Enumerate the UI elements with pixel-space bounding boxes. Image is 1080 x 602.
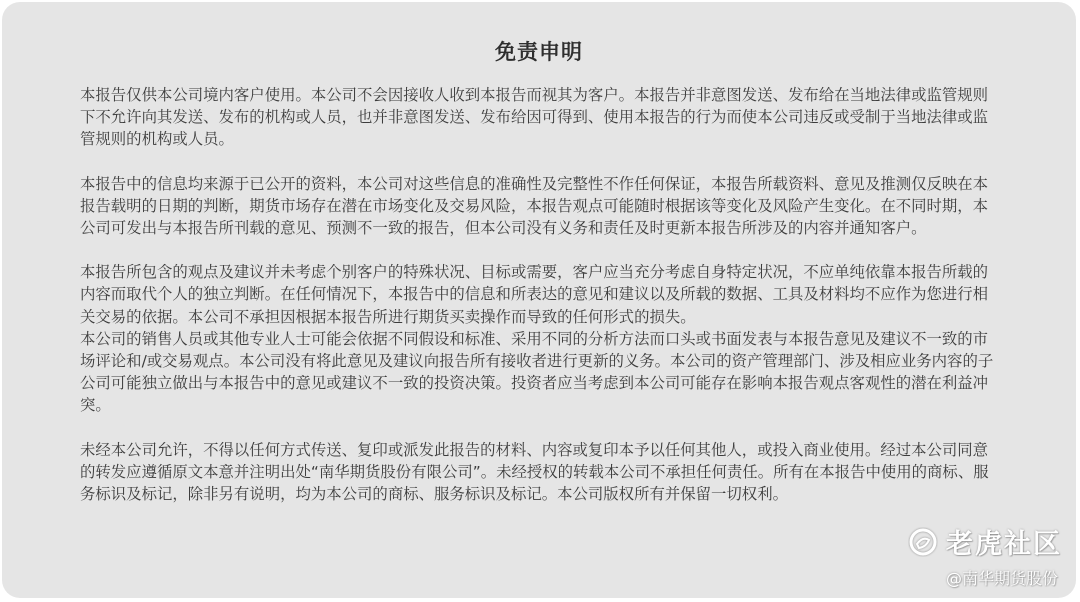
paragraph-copyright: 未经本公司允许，不得以任何方式传送、复印或派发此报告的材料、内容或复印本予以任何… [80,439,998,506]
document-title: 免责申明 [2,36,1076,66]
paragraph-conflict-of-interest: 本公司的销售人员或其他专业人士可能会依据不同假设和标准、采用不同的分析方法而口头… [80,328,998,417]
watermark-handle: @南华期货股份 [946,566,1058,589]
paragraph-advice-scope: 本报告所包含的观点及建议并未考虑个别客户的特殊状况、目标或需要，客户应当充分考虑… [80,261,998,328]
paragraph-information-source: 本报告中的信息均来源于已公开的资料，本公司对这些信息的准确性及完整性不作任何保证… [80,173,998,240]
watermark: 老虎社区 [908,522,1062,561]
tiger-logo-icon [908,527,938,557]
disclaimer-body: 本报告仅供本公司境内客户使用。本公司不会因接收人收到本报告而视其为客户。本报告并… [80,84,998,505]
watermark-brand: 老虎社区 [946,522,1062,561]
disclaimer-card: 免责申明 本报告仅供本公司境内客户使用。本公司不会因接收人收到本报告而视其为客户… [2,2,1076,598]
paragraph-distribution: 本报告仅供本公司境内客户使用。本公司不会因接收人收到本报告而视其为客户。本报告并… [80,84,998,151]
